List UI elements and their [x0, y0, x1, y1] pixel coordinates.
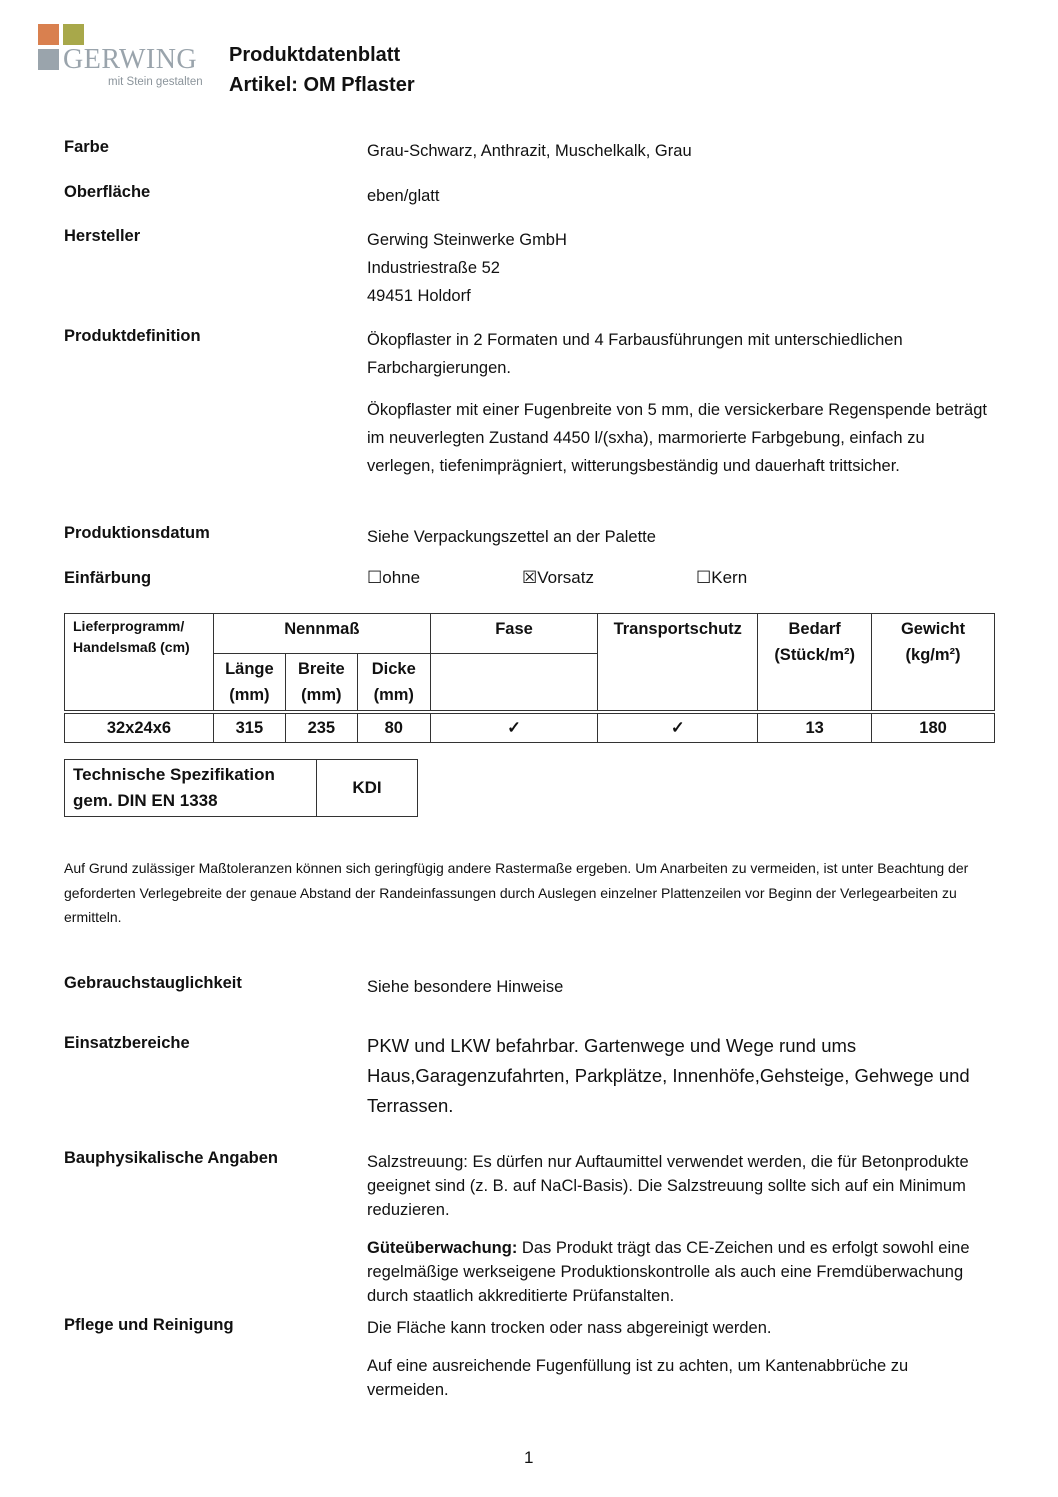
header-breite: Breite (mm): [285, 654, 357, 713]
cell-fase-check-icon: ✓: [430, 712, 598, 742]
address-line: 49451 Holdorf: [367, 282, 992, 310]
header-bedarf: Bedarf (Stück/m²): [758, 614, 872, 713]
address-line: Industriestraße 52: [367, 254, 992, 282]
paragraph: Ökopflaster in 2 Formaten und 4 Farbausf…: [367, 326, 992, 382]
field-value: PKW und LKW befahrbar. Gartenwege und We…: [367, 1031, 992, 1121]
cell-bedarf: 13: [758, 712, 872, 742]
field-label: Einfärbung: [64, 569, 151, 588]
gerwing-logo: GERWING mit Stein gestalten: [38, 24, 218, 94]
spec-table: Technische Spezifikation gem. DIN EN 133…: [64, 759, 418, 817]
header-nennmass: Nennmaß: [213, 614, 430, 654]
checkbox-label: Vorsatz: [537, 568, 594, 587]
paragraph: Ökopflaster mit einer Fugenbreite von 5 …: [367, 396, 992, 480]
cell-dicke: 80: [357, 712, 430, 742]
cell-gewicht: 180: [872, 712, 995, 742]
field-label: Produktionsdatum: [64, 524, 210, 543]
cell-transportschutz-check-icon: ✓: [598, 712, 758, 742]
field-value: eben/glatt: [367, 182, 992, 210]
title-line-2: Artikel: OM Pflaster: [229, 70, 415, 100]
product-table: Lieferprogramm/ Handelsmaß (cm) Nennmaß …: [64, 613, 995, 743]
field-label: Oberfläche: [64, 183, 150, 202]
field-value: Gerwing Steinwerke GmbH Industriestraße …: [367, 226, 992, 310]
document-title: Produktdatenblatt Artikel: OM Pflaster: [229, 40, 415, 100]
checkbox-ohne[interactable]: ☐ohne: [367, 568, 420, 588]
paragraph: Salzstreuung: Es dürfen nur Auftaumittel…: [367, 1150, 992, 1222]
field-value: Salzstreuung: Es dürfen nur Auftaumittel…: [367, 1150, 992, 1308]
field-label: Einsatzbereiche: [64, 1034, 190, 1053]
cell-format: 32x24x6: [65, 712, 214, 742]
page-number: 1: [524, 1448, 533, 1468]
checkbox-empty-icon: ☐: [696, 568, 711, 588]
title-line-1: Produktdatenblatt: [229, 40, 415, 70]
header-lieferprogramm: Lieferprogramm/ Handelsmaß (cm): [65, 614, 214, 713]
header-laenge: Länge (mm): [213, 654, 285, 713]
field-label: Bauphysikalische Angaben: [64, 1149, 278, 1168]
checkbox-empty-icon: ☐: [367, 568, 382, 588]
spec-label: Technische Spezifikation gem. DIN EN 133…: [65, 760, 317, 817]
cell-breite: 235: [285, 712, 357, 742]
checkbox-label: ohne: [382, 568, 420, 587]
paragraph: Auf eine ausreichende Fugenfüllung ist z…: [367, 1354, 992, 1402]
bold-label: Güteüberwachung:: [367, 1239, 517, 1257]
paragraph: Güteüberwachung: Das Produkt trägt das C…: [367, 1236, 992, 1308]
header-fase-empty: [430, 654, 598, 713]
header-fase: Fase: [430, 614, 598, 654]
field-value: Siehe besondere Hinweise: [367, 973, 992, 1001]
table-header-row: Lieferprogramm/ Handelsmaß (cm) Nennmaß …: [65, 614, 995, 654]
field-value: Siehe Verpackungszettel an der Palette: [367, 523, 992, 551]
table-row: Technische Spezifikation gem. DIN EN 133…: [65, 760, 418, 817]
checkbox-vorsatz[interactable]: ☒Vorsatz: [522, 568, 594, 588]
field-value: Grau-Schwarz, Anthrazit, Muschelkalk, Gr…: [367, 137, 992, 165]
checkbox-label: Kern: [711, 568, 747, 587]
field-label: Farbe: [64, 138, 109, 157]
header-gewicht: Gewicht (kg/m²): [872, 614, 995, 713]
logo-square-grey: [38, 49, 59, 70]
logo-wordmark: GERWING: [63, 46, 197, 74]
checkbox-kern[interactable]: ☐Kern: [696, 568, 747, 588]
table-row: 32x24x6 315 235 80 ✓ ✓ 13 180: [65, 712, 995, 742]
field-label: Gebrauchstauglichkeit: [64, 974, 242, 993]
logo-square-olive: [63, 24, 84, 45]
spec-value: KDI: [317, 760, 418, 817]
logo-square-orange: [38, 24, 59, 45]
paragraph: Die Fläche kann trocken oder nass abgere…: [367, 1316, 992, 1340]
cell-laenge: 315: [213, 712, 285, 742]
logo-tagline: mit Stein gestalten: [108, 76, 203, 88]
tolerance-note: Auf Grund zulässiger Maßtoleranzen könne…: [64, 856, 999, 930]
header-transportschutz: Transportschutz: [598, 614, 758, 713]
checkbox-checked-icon: ☒: [522, 568, 537, 588]
field-value: Ökopflaster in 2 Formaten und 4 Farbausf…: [367, 326, 992, 480]
field-label: Produktdefinition: [64, 327, 201, 346]
field-label: Pflege und Reinigung: [64, 1316, 234, 1335]
address-line: Gerwing Steinwerke GmbH: [367, 226, 992, 254]
field-value: Die Fläche kann trocken oder nass abgere…: [367, 1316, 992, 1402]
field-label: Hersteller: [64, 227, 140, 246]
header-dicke: Dicke (mm): [357, 654, 430, 713]
